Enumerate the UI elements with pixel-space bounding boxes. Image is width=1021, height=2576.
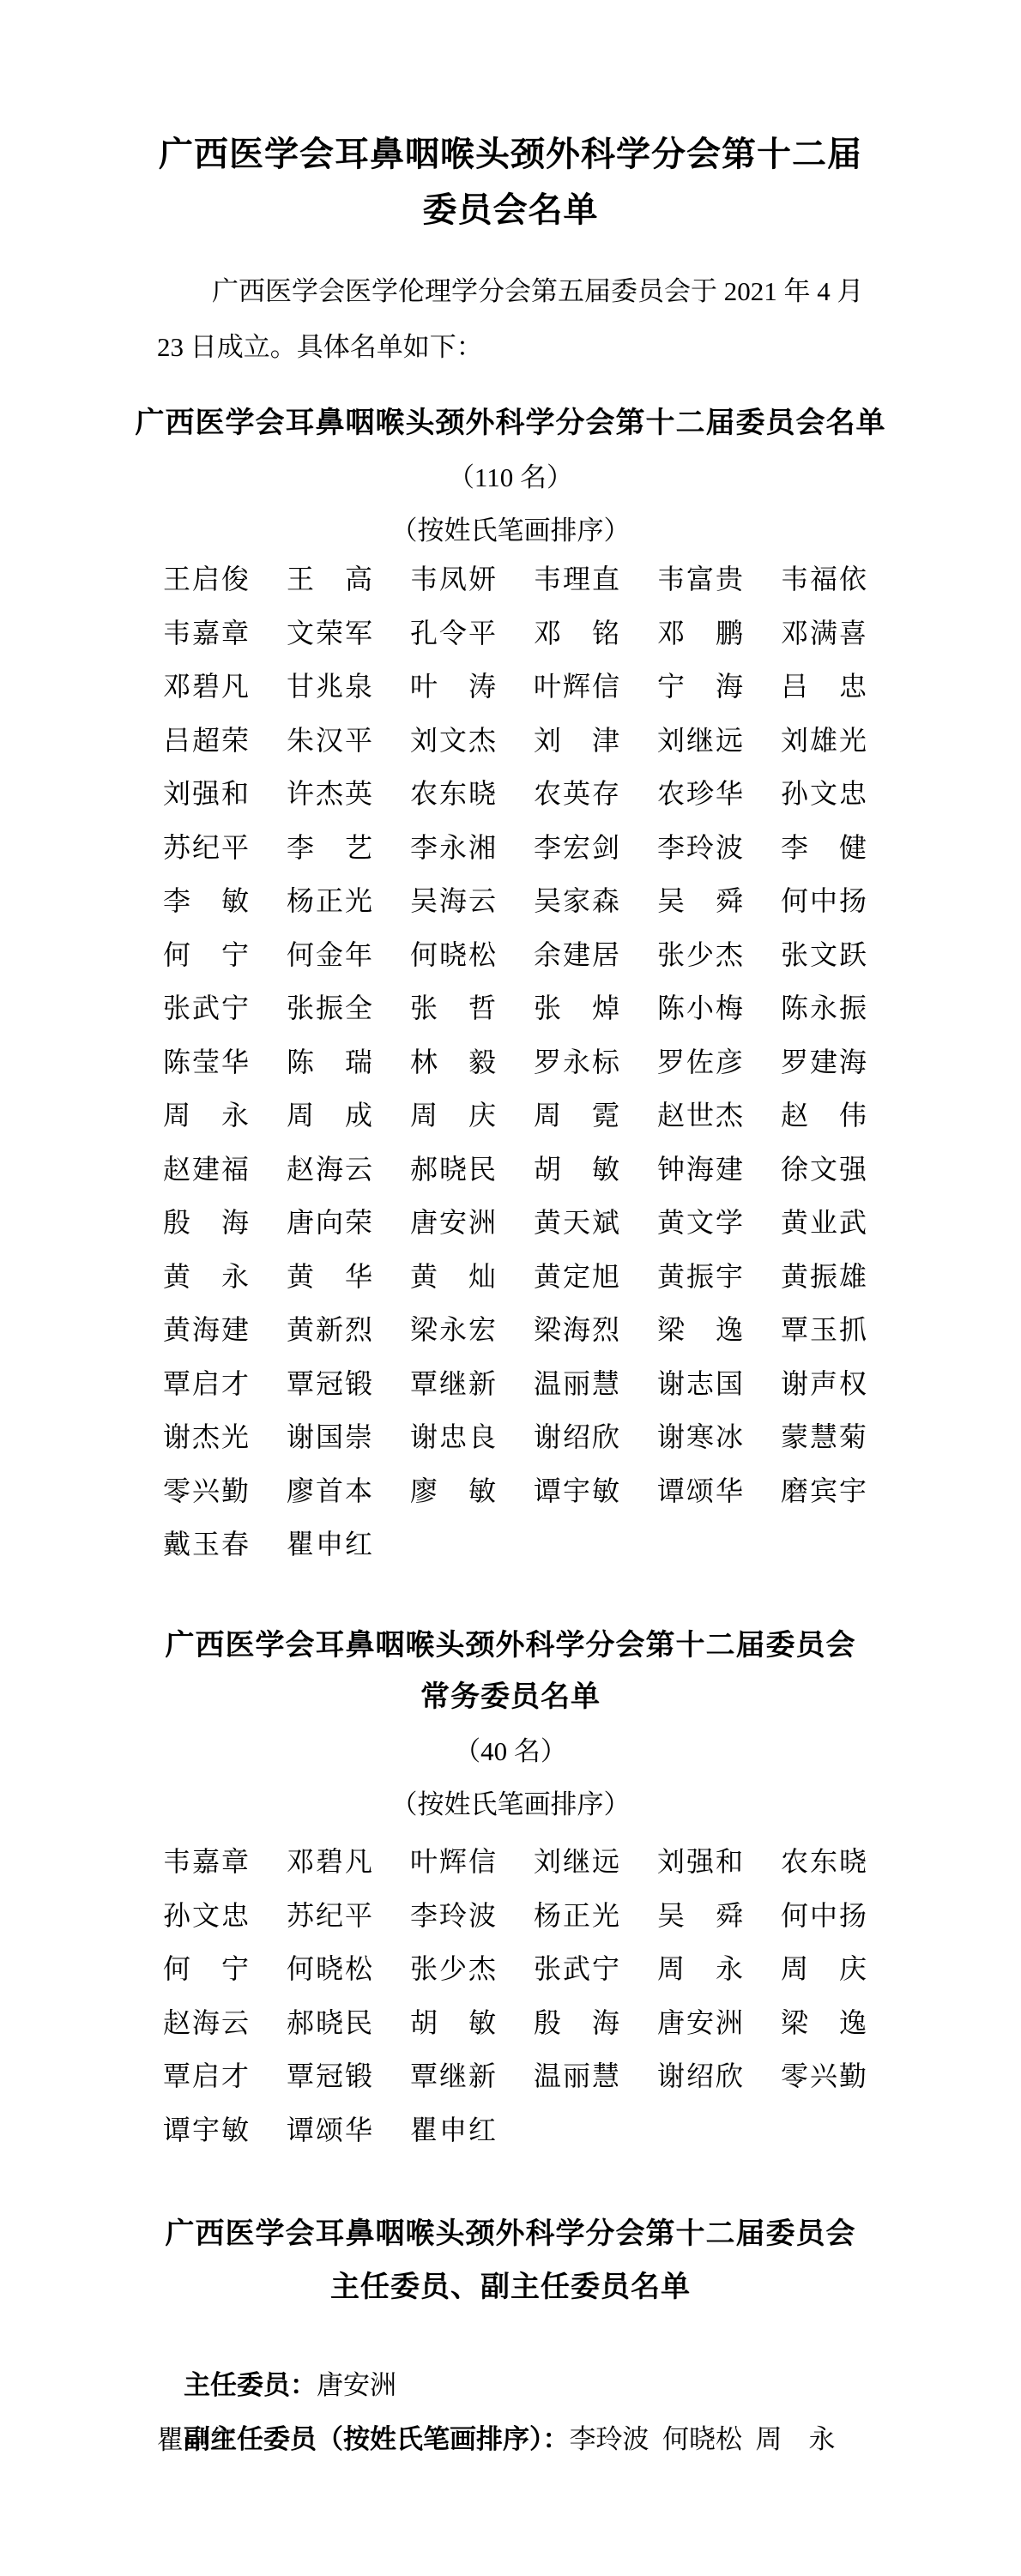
member-name: 谢忠良 <box>410 1419 499 1455</box>
member-name: 钟海建 <box>657 1151 746 1187</box>
member-name: 罗建海 <box>781 1044 870 1080</box>
member-name: 张武宁 <box>534 1951 623 1987</box>
member-name: 谭宇敏 <box>163 2112 252 2148</box>
member-name: 谢杰光 <box>163 1419 252 1455</box>
member-name: 吕 忠 <box>781 668 870 704</box>
member-name: 张 哲 <box>410 990 499 1026</box>
member-name: 黄振宇 <box>657 1258 746 1294</box>
member-name: 许杰英 <box>287 775 376 811</box>
committee-name-grid: 王启俊王 高韦凤妍韦理直韦富贵韦福依韦嘉章文荣军孔令平邓 铭邓 鹏邓满喜邓碧凡甘… <box>163 552 870 1572</box>
member-name: 黄定旭 <box>534 1258 623 1294</box>
member-name: 何晓松 <box>410 937 499 973</box>
member-name: 覃冠锻 <box>287 2058 376 2094</box>
member-name: 农英存 <box>534 775 623 811</box>
member-name: 张振全 <box>287 990 376 1026</box>
member-name: 赵海云 <box>163 2005 252 2041</box>
member-name: 李 艺 <box>287 830 376 866</box>
member-name: 韦福依 <box>781 561 870 597</box>
member-name: 吴 舜 <box>657 883 746 919</box>
member-name: 农东晓 <box>410 775 499 811</box>
member-name: 谢声权 <box>781 1366 870 1402</box>
member-name: 张 焯 <box>534 990 623 1026</box>
member-name: 谭颂华 <box>287 2112 376 2148</box>
member-name: 苏纪平 <box>163 830 252 866</box>
member-name: 张文跃 <box>781 937 870 973</box>
member-name: 韦凤妍 <box>410 561 499 597</box>
member-name: 黄海建 <box>163 1312 252 1348</box>
member-name: 吕超荣 <box>163 722 252 758</box>
member-name: 杨正光 <box>534 1897 623 1934</box>
member-name: 黄文学 <box>657 1204 746 1240</box>
document-title-line2: 委员会名单 <box>0 186 1021 234</box>
chair-section-heading-line2: 主任委员、副主任委员名单 <box>0 2265 1021 2309</box>
member-name: 李 敏 <box>163 883 252 919</box>
member-name: 谢国崇 <box>287 1419 376 1455</box>
member-name: 陈小梅 <box>657 990 746 1026</box>
member-name: 孙文忠 <box>163 1897 252 1934</box>
member-name: 廖 敏 <box>410 1473 499 1509</box>
member-name: 罗永标 <box>534 1044 623 1080</box>
member-name: 刘雄光 <box>781 722 870 758</box>
member-name: 韦理直 <box>534 561 623 597</box>
member-name: 苏纪平 <box>287 1897 376 1934</box>
standing-committee-sort-note: （按姓氏笔画排序） <box>0 1783 1021 1827</box>
vice-chairmen-line1: 副主任委员（按姓氏笔画排序）：李玲波 何晓松 周 永 <box>157 2373 836 2507</box>
member-name: 李宏剑 <box>534 830 623 866</box>
committee-list-sort-note: （按姓氏笔画排序） <box>0 509 1021 553</box>
member-name: 陈永振 <box>781 990 870 1026</box>
member-name: 戴玉春 <box>163 1526 252 1562</box>
member-name: 何晓松 <box>287 1951 376 1987</box>
member-name: 黄天斌 <box>534 1204 623 1240</box>
member-name: 李永湘 <box>410 830 499 866</box>
member-name: 黄 永 <box>163 1258 252 1294</box>
member-name: 温丽慧 <box>534 2058 623 2094</box>
member-name: 郝晓民 <box>287 2005 376 2041</box>
member-name: 谢绍欣 <box>534 1419 623 1455</box>
member-name: 黄 华 <box>287 1258 376 1294</box>
member-name: 刘文杰 <box>410 722 499 758</box>
member-name: 周 庆 <box>781 1951 870 1987</box>
member-name: 李玲波 <box>410 1897 499 1934</box>
member-name: 吴家森 <box>534 883 623 919</box>
member-name: 胡 敏 <box>534 1151 623 1187</box>
member-name: 覃继新 <box>410 1366 499 1402</box>
member-name: 农东晓 <box>781 1843 870 1879</box>
member-name: 赵建福 <box>163 1151 252 1187</box>
member-name: 赵 伟 <box>781 1097 870 1133</box>
member-name: 宁 海 <box>657 668 746 704</box>
member-name: 孙文忠 <box>781 775 870 811</box>
member-name: 何 宁 <box>163 937 252 973</box>
document-page: 广西医学会耳鼻咽喉头颈外科学分会第十二届 委员会名单 广西医学会医学伦理学分会第… <box>0 0 1021 2576</box>
member-name: 殷 海 <box>534 2005 623 2041</box>
member-name: 覃冠锻 <box>287 1366 376 1402</box>
member-name: 孔令平 <box>410 615 499 651</box>
member-name: 陈 瑞 <box>287 1044 376 1080</box>
member-name: 瞿申红 <box>287 1526 376 1562</box>
member-name: 梁海烈 <box>534 1312 623 1348</box>
standing-committee-heading-line1: 广西医学会耳鼻咽喉头颈外科学分会第十二届委员会 <box>0 1623 1021 1668</box>
member-name: 黄 灿 <box>410 1258 499 1294</box>
member-name: 唐安洲 <box>410 1204 499 1240</box>
member-name: 谭宇敏 <box>534 1473 623 1509</box>
member-name: 韦嘉章 <box>163 615 252 651</box>
member-name: 王 高 <box>287 561 376 597</box>
member-name: 周 庆 <box>410 1097 499 1133</box>
member-name: 梁 逸 <box>781 2005 870 2041</box>
member-name: 周 成 <box>287 1097 376 1133</box>
member-name: 零兴勤 <box>163 1473 252 1509</box>
member-name: 谢绍欣 <box>657 2058 746 2094</box>
member-name: 蒙慧菊 <box>781 1419 870 1455</box>
member-name: 陈莹华 <box>163 1044 252 1080</box>
member-name: 农珍华 <box>657 775 746 811</box>
member-name: 吴海云 <box>410 883 499 919</box>
member-name: 刘强和 <box>657 1843 746 1879</box>
member-name: 覃继新 <box>410 2058 499 2094</box>
member-name: 叶 涛 <box>410 668 499 704</box>
member-name: 邓 鹏 <box>657 615 746 651</box>
member-name: 覃启才 <box>163 2058 252 2094</box>
member-name: 谭颂华 <box>657 1473 746 1509</box>
member-name: 邓满喜 <box>781 615 870 651</box>
member-name: 邓碧凡 <box>163 668 252 704</box>
member-name: 林 毅 <box>410 1044 499 1080</box>
member-name: 何 宁 <box>163 1951 252 1987</box>
member-name: 吴 舜 <box>657 1897 746 1934</box>
member-name: 谢寒冰 <box>657 1419 746 1455</box>
member-name: 王启俊 <box>163 561 252 597</box>
member-name: 黄新烈 <box>287 1312 376 1348</box>
member-name: 黄业武 <box>781 1204 870 1240</box>
member-name: 梁 逸 <box>657 1312 746 1348</box>
standing-committee-heading-line2: 常务委员名单 <box>0 1674 1021 1719</box>
member-name: 周 永 <box>163 1097 252 1133</box>
committee-list-heading: 广西医学会耳鼻咽喉头颈外科学分会第十二届委员会名单 <box>0 401 1021 445</box>
member-name: 赵海云 <box>287 1151 376 1187</box>
member-name: 刘继远 <box>657 722 746 758</box>
member-name: 覃玉抓 <box>781 1312 870 1348</box>
member-name: 朱汉平 <box>287 722 376 758</box>
member-name: 张武宁 <box>163 990 252 1026</box>
member-name: 唐向荣 <box>287 1204 376 1240</box>
member-name: 谢志国 <box>657 1366 746 1402</box>
member-name: 韦嘉章 <box>163 1843 252 1879</box>
member-name: 何中扬 <box>781 1897 870 1934</box>
member-name: 罗佐彦 <box>657 1044 746 1080</box>
member-name: 文荣军 <box>287 615 376 651</box>
member-name: 刘 津 <box>534 722 623 758</box>
member-name: 余建居 <box>534 937 623 973</box>
member-name: 瞿申红 <box>410 2112 499 2148</box>
member-name: 杨正光 <box>287 883 376 919</box>
member-name: 郝晓民 <box>410 1151 499 1187</box>
member-name: 张少杰 <box>657 937 746 973</box>
member-name: 徐文强 <box>781 1151 870 1187</box>
member-name: 零兴勤 <box>781 2058 870 2094</box>
member-name: 何中扬 <box>781 883 870 919</box>
member-name: 李 健 <box>781 830 870 866</box>
member-name: 甘兆泉 <box>287 668 376 704</box>
member-name: 周 永 <box>657 1951 746 1987</box>
member-name: 覃启才 <box>163 1366 252 1402</box>
document-title-line1: 广西医学会耳鼻咽喉头颈外科学分会第十二届 <box>0 130 1021 178</box>
member-name: 叶辉信 <box>534 668 623 704</box>
member-name: 邓 铭 <box>534 615 623 651</box>
member-name: 周 霓 <box>534 1097 623 1133</box>
standing-committee-count-note: （40 名） <box>0 1729 1021 1774</box>
member-name: 胡 敏 <box>410 2005 499 2041</box>
standing-committee-name-grid: 韦嘉章邓碧凡叶辉信刘继远刘强和农东晓孙文忠苏纪平李玲波杨正光吴 舜何中扬何 宁何… <box>163 1835 870 2157</box>
member-name: 李玲波 <box>657 830 746 866</box>
member-name: 韦富贵 <box>657 561 746 597</box>
member-name: 唐安洲 <box>657 2005 746 2041</box>
intro-paragraph-line1: 广西医学会医学伦理学分会第五届委员会于 2021 年 4 月 <box>212 269 864 314</box>
member-name: 刘继远 <box>534 1843 623 1879</box>
chair-section-heading-line1: 广西医学会耳鼻咽喉头颈外科学分会第十二届委员会 <box>0 2211 1021 2256</box>
member-name: 张少杰 <box>410 1951 499 1987</box>
member-name: 廖首本 <box>287 1473 376 1509</box>
member-name: 邓碧凡 <box>287 1843 376 1879</box>
member-name: 殷 海 <box>163 1204 252 1240</box>
member-name: 磨宾宇 <box>781 1473 870 1509</box>
member-name: 梁永宏 <box>410 1312 499 1348</box>
member-name: 温丽慧 <box>534 1366 623 1402</box>
member-name: 赵世杰 <box>657 1097 746 1133</box>
member-name: 黄振雄 <box>781 1258 870 1294</box>
member-name: 叶辉信 <box>410 1843 499 1879</box>
vice-chairmen-line2: 瞿申红 <box>157 2418 237 2463</box>
member-name: 刘强和 <box>163 775 252 811</box>
vice-chairmen-label: 副主任委员（按姓氏笔画排序）： <box>184 2424 570 2454</box>
vice-chairmen-names: 李玲波 何晓松 周 永 <box>570 2424 836 2454</box>
member-name: 何金年 <box>287 937 376 973</box>
committee-list-count-note: （110 名） <box>0 455 1021 500</box>
intro-paragraph-line2: 23 日成立。具体名单如下： <box>157 325 483 370</box>
